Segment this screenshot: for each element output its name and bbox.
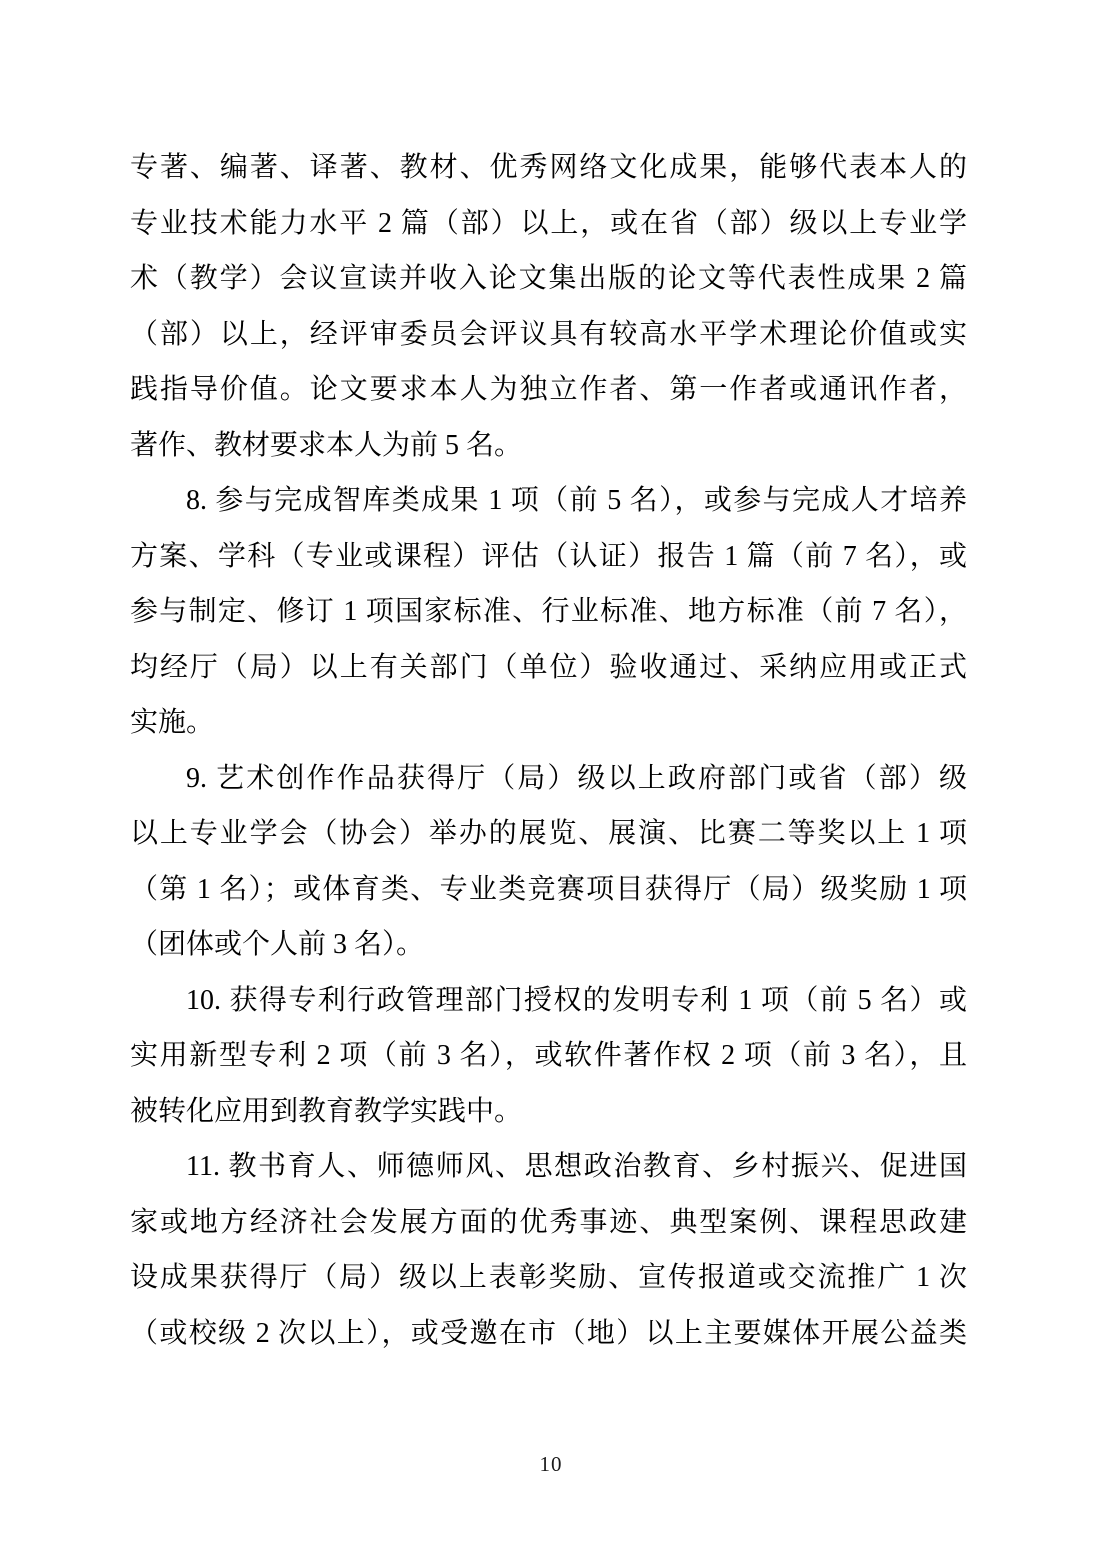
text-line: 著作、教材要求本人为前 5 名。 (130, 418, 967, 474)
text-line: 方案、学科（专业或课程）评估（认证）报告 1 篇（前 7 名），或 (130, 529, 967, 585)
page-number: 10 (540, 1452, 563, 1476)
text-line: 践指导价值。论文要求本人为独立作者、第一作者或通讯作者， (130, 362, 967, 418)
text-line: 8. 参与完成智库类成果 1 项（前 5 名），或参与完成人才培养 (130, 473, 967, 529)
text-line: 参与制定、修订 1 项国家标准、行业标准、地方标准（前 7 名）， (130, 584, 967, 640)
paragraph-item-9: 9. 艺术创作作品获得厅（局）级以上政府部门或省（部）级 以上专业学会（协会）举… (130, 751, 967, 973)
text-line: （或校级 2 次以上），或受邀在市（地）以上主要媒体开展公益类 (130, 1306, 967, 1362)
text-line: 设成果获得厅（局）级以上表彰奖励、宣传报道或交流推广 1 次 (130, 1250, 967, 1306)
page-footer: 10 (0, 1452, 1102, 1477)
document-body-text: 专著、编著、译著、教材、优秀网络文化成果，能够代表本人的 专业技术能力水平 2 … (130, 140, 967, 1361)
text-line: 术（教学）会议宣读并收入论文集出版的论文等代表性成果 2 篇 (130, 251, 967, 307)
text-line: 均经厅（局）以上有关部门（单位）验收通过、采纳应用或正式 (130, 640, 967, 696)
text-line: 11. 教书育人、师德师风、思想政治教育、乡村振兴、促进国 (130, 1139, 967, 1195)
text-line: 专业技术能力水平 2 篇（部）以上，或在省（部）级以上专业学 (130, 196, 967, 252)
text-line: （部）以上，经评审委员会评议具有较高水平学术理论价值或实 (130, 307, 967, 363)
paragraph-continuation: 专著、编著、译著、教材、优秀网络文化成果，能够代表本人的 专业技术能力水平 2 … (130, 140, 967, 473)
text-line: 被转化应用到教育教学实践中。 (130, 1084, 967, 1140)
document-page: 专著、编著、译著、教材、优秀网络文化成果，能够代表本人的 专业技术能力水平 2 … (0, 0, 1102, 1559)
text-line: 专著、编著、译著、教材、优秀网络文化成果，能够代表本人的 (130, 140, 967, 196)
text-line: 9. 艺术创作作品获得厅（局）级以上政府部门或省（部）级 (130, 751, 967, 807)
text-line: 10. 获得专利行政管理部门授权的发明专利 1 项（前 5 名）或 (130, 973, 967, 1029)
text-line: 以上专业学会（协会）举办的展览、展演、比赛二等奖以上 1 项 (130, 806, 967, 862)
text-line: 家或地方经济社会发展方面的优秀事迹、典型案例、课程思政建 (130, 1195, 967, 1251)
text-line: （第 1 名）；或体育类、专业类竞赛项目获得厅（局）级奖励 1 项 (130, 862, 967, 918)
text-line: 实施。 (130, 695, 967, 751)
paragraph-item-11: 11. 教书育人、师德师风、思想政治教育、乡村振兴、促进国 家或地方经济社会发展… (130, 1139, 967, 1361)
paragraph-item-8: 8. 参与完成智库类成果 1 项（前 5 名），或参与完成人才培养 方案、学科（… (130, 473, 967, 751)
text-line: 实用新型专利 2 项（前 3 名），或软件著作权 2 项（前 3 名），且 (130, 1028, 967, 1084)
paragraph-item-10: 10. 获得专利行政管理部门授权的发明专利 1 项（前 5 名）或 实用新型专利… (130, 973, 967, 1140)
text-line: （团体或个人前 3 名）。 (130, 917, 967, 973)
